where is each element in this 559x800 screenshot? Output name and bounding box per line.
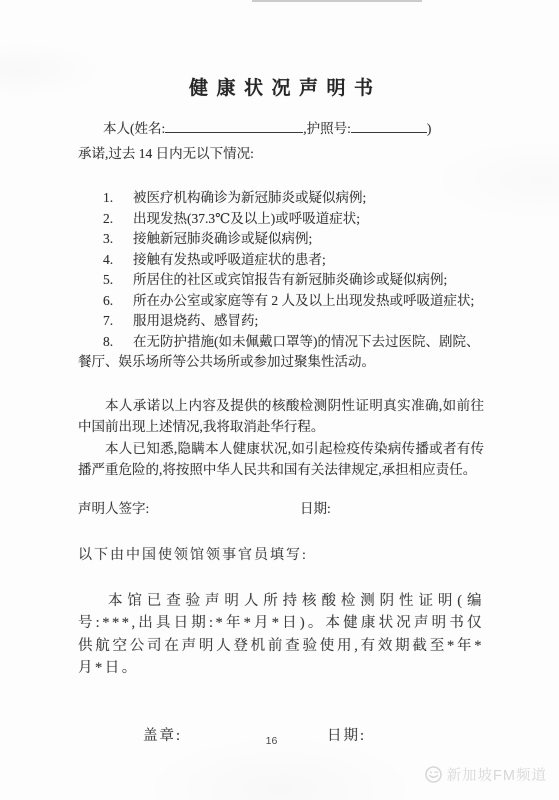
page-title: 健康状况声明书 (78, 73, 484, 100)
signer-signature-label: 声明人签字: (78, 499, 300, 519)
signature-row: 声明人签字:日期: (78, 499, 484, 519)
watermark-text: 新加坡FM频道 (447, 764, 547, 785)
list-item-number: 6. (103, 291, 133, 312)
list-item-number: 8. (103, 332, 133, 353)
signer-date-label: 日期: (300, 501, 331, 516)
list-item: 1.被医疗机构确诊为新冠肺炎或疑似病例; (78, 188, 484, 209)
list-item: 6.所在办公室或家庭等有 2 人及以上出现发热或呼吸道症状; (78, 291, 484, 312)
list-item-number: 5. (103, 270, 133, 291)
identity-prefix-label: 本人(姓名: (103, 121, 165, 136)
list-item-text: 出现发热(37.3℃及以上)或呼吸道症状; (133, 211, 360, 226)
list-item-text: 被医疗机构确诊为新冠肺炎或疑似病例; (133, 190, 366, 205)
declaration-list: 1.被医疗机构确诊为新冠肺炎或疑似病例; 2.出现发热(37.3℃及以上)或呼吸… (78, 188, 484, 373)
consular-verification-paragraph: 本馆已查验声明人所持核酸检测阴性证明(编号:***,出具日期:*年*月*日)。本… (78, 590, 484, 680)
identity-suffix-label: ) (427, 121, 432, 136)
consular-section-heading: 以下由中国使领馆领事官员填写: (78, 545, 484, 566)
identity-separator-label: ,护照号: (303, 121, 351, 136)
list-item-text: 所居住的社区或宾馆报告有新冠肺炎确诊或疑似病例; (133, 272, 447, 287)
list-item-text: 所在办公室或家庭等有 2 人及以上出现发热或呼吸道症状; (133, 293, 474, 308)
list-item: 5.所居住的社区或宾馆报告有新冠肺炎确诊或疑似病例; (78, 270, 484, 291)
pledge-paragraph-liability: 本人已知悉,隐瞒本人健康状况,如引起检疫传染病传播或者有传播严重危险的,将按照中… (78, 438, 484, 481)
smiley-logo-icon (424, 765, 443, 784)
list-item-number: 7. (103, 311, 133, 332)
watermark: 新加坡FM频道 (424, 764, 547, 785)
pledge-paragraph-accuracy: 本人承诺以上内容及提供的核酸检测阴性证明真实准确,如前往中国前出现上述情况,我将… (78, 395, 484, 438)
page-number: 16 (0, 735, 543, 747)
list-item-text: 在无防护措施(如未佩戴口罩等)的情况下去过医院、剧院、餐厅、娱乐场所等公共场所或… (78, 334, 480, 370)
list-item-number: 3. (103, 229, 133, 250)
list-item-text: 接触有发热或呼吸道症状的患者; (133, 252, 326, 267)
name-blank-field (165, 118, 303, 133)
list-item: 2.出现发热(37.3℃及以上)或呼吸道症状; (78, 209, 484, 230)
document-body: 健康状况声明书 本人(姓名:,护照号:) 承诺,过去 14 日内无以下情况: 1… (78, 0, 484, 747)
passport-blank-field (351, 118, 427, 133)
identity-line: 本人(姓名:,护照号:) (78, 118, 484, 139)
list-item: 3.接触新冠肺炎确诊或疑似病例; (78, 229, 484, 250)
list-item-number: 4. (103, 250, 133, 271)
list-item-text: 接触新冠肺炎确诊或疑似病例; (133, 231, 312, 246)
list-item-number: 2. (103, 209, 133, 230)
list-item: 8.在无防护措施(如未佩戴口罩等)的情况下去过医院、剧院、餐厅、娱乐场所等公共场… (78, 332, 484, 373)
list-item-number: 1. (103, 188, 133, 209)
list-item-text: 服用退烧药、感冒药; (133, 313, 258, 328)
list-item: 7.服用退烧药、感冒药; (78, 311, 484, 332)
promise-line: 承诺,过去 14 日内无以下情况: (78, 144, 484, 164)
scanned-document-page: 健康状况声明书 本人(姓名:,护照号:) 承诺,过去 14 日内无以下情况: 1… (0, 0, 559, 800)
list-item: 4.接触有发热或呼吸道症状的患者; (78, 250, 484, 271)
